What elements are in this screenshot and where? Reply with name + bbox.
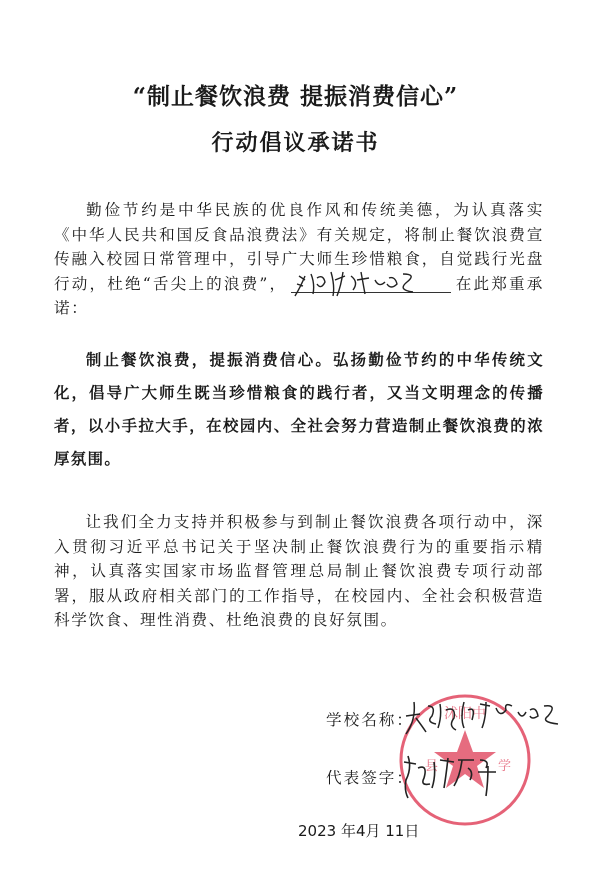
- signature-date: 2023 年4月 11日: [298, 820, 419, 841]
- paragraph-intro: 勤俭节约是中华民族的优良作风和传统美德，为认真落实《中华人民共和国反食品浪费法》…: [54, 198, 544, 321]
- handwritten-school-name-icon: [402, 696, 572, 736]
- document-title-main: “制止餐饮浪费 提振消费信心”: [0, 78, 591, 111]
- handwritten-school-name-blank: [291, 272, 451, 293]
- paragraph-commitment-text: 制止餐饮浪费，提振消费信心。弘扬勤俭节约的中华传统文化，倡导广大师生既当珍惜粮食…: [54, 351, 544, 468]
- paragraph-action-text: 让我们全力支持并积极参与到制止餐饮浪费各项行动中，深入贯彻习近平总书记关于坚决制…: [54, 513, 544, 629]
- paragraph-commitment: 制止餐饮浪费，提振消费信心。弘扬勤俭节约的中华传统文化，倡导广大师生既当珍惜粮食…: [54, 344, 544, 476]
- paragraph-action: 让我们全力支持并积极参与到制止餐饮浪费各项行动中，深入贯彻习近平总书记关于坚决制…: [54, 510, 544, 633]
- handwritten-representative-signature-icon: [398, 752, 508, 802]
- handwriting-signature-icon: [291, 266, 451, 300]
- school-name-label: 学校名称：: [326, 708, 414, 730]
- document-title-sub: 行动倡议承诺书: [0, 126, 591, 157]
